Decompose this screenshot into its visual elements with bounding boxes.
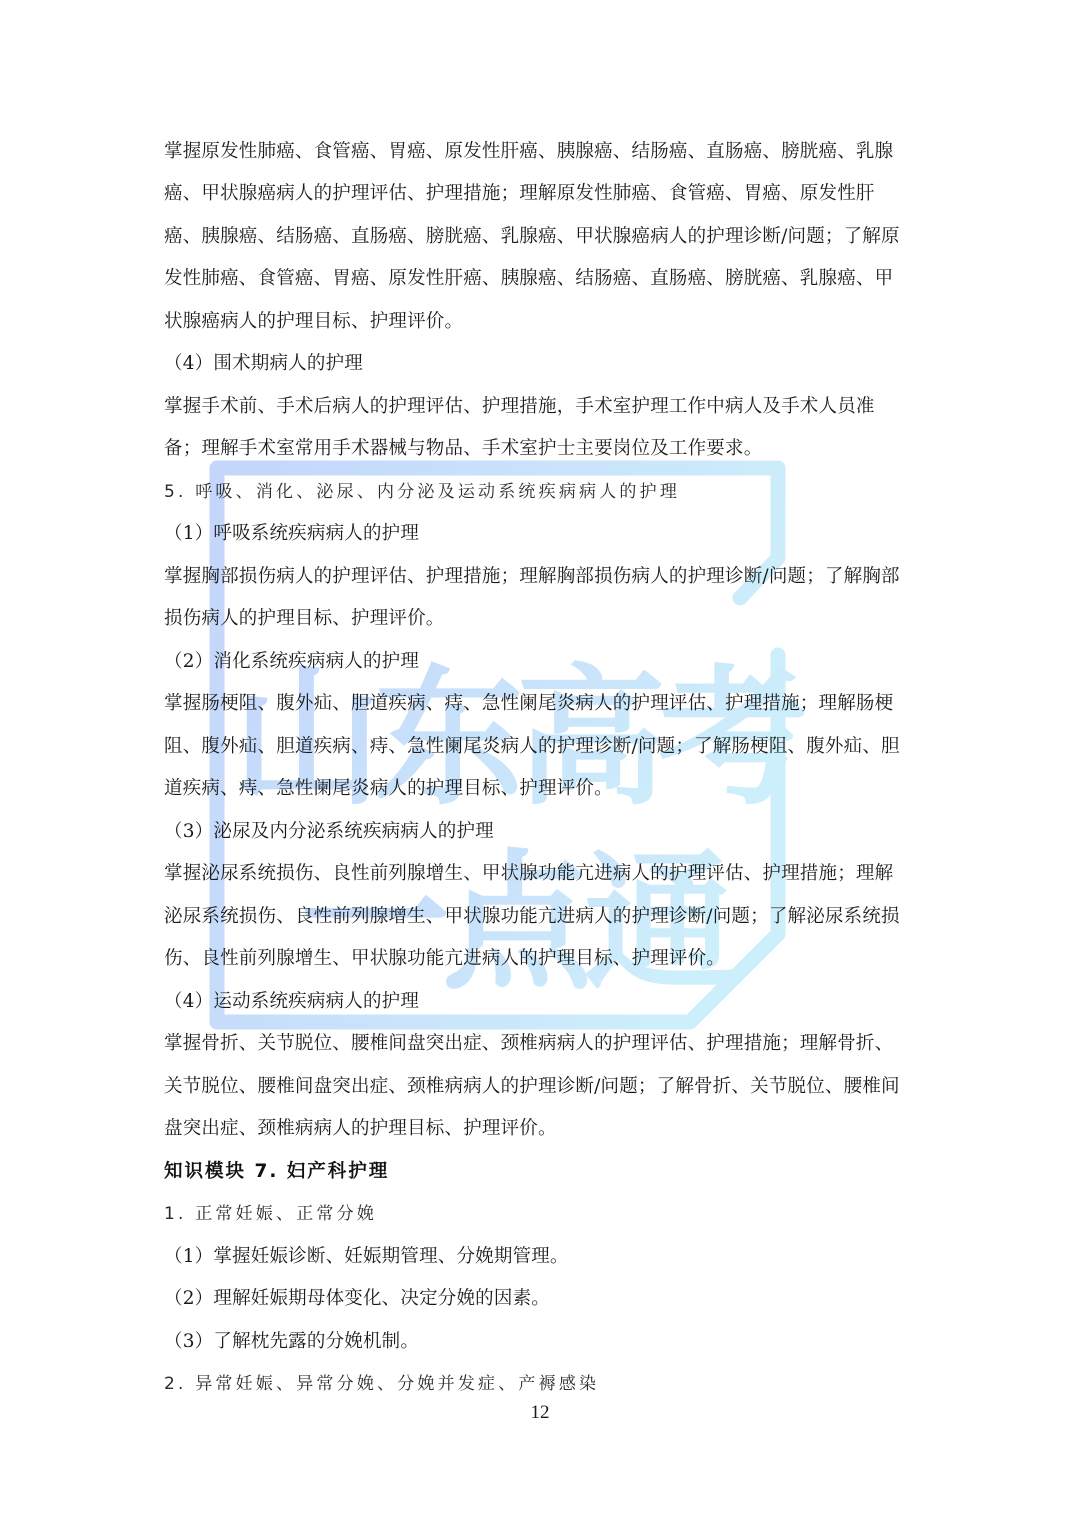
para-line: 阻、腹外疝、胆道疾病、痔、急性阑尾炎病人的护理诊断/问题；了解肠梗阻、腹外疝、胆: [164, 735, 900, 759]
para-line: 癌、胰腺癌、结肠癌、直肠癌、膀胱癌、乳腺癌、甲状腺癌病人的护理诊断/问题；了解原: [164, 225, 900, 249]
subheading: （2）理解妊娠期母体变化、决定分娩的因素。: [164, 1287, 550, 1311]
para-line: 掌握胸部损伤病人的护理评估、护理措施；理解胸部损伤病人的护理诊断/问题；了解胸部: [164, 565, 900, 589]
para-line: 道疾病、痔、急性阑尾炎病人的护理目标、护理评价。: [164, 777, 613, 801]
para-line: 泌尿系统损伤、良性前列腺增生、甲状腺功能亢进病人的护理诊断/问题；了解泌尿系统损: [164, 905, 900, 929]
para-line: 掌握手术前、手术后病人的护理评估、护理措施，手术室护理工作中病人及手术人员准: [164, 395, 875, 419]
para-line: 伤、良性前列腺增生、甲状腺功能亢进病人的护理目标、护理评价。: [164, 947, 725, 971]
para-line: 状腺癌病人的护理目标、护理评价。: [164, 310, 463, 334]
para-line: 癌、甲状腺癌病人的护理评估、护理措施；理解原发性肺癌、食管癌、胃癌、原发性肝: [164, 182, 875, 206]
para-line: 掌握骨折、关节脱位、腰椎间盘突出症、颈椎病病人的护理评估、护理措施；理解骨折、: [164, 1032, 893, 1056]
document-page: 掌握原发性肺癌、食管癌、胃癌、原发性肝癌、胰腺癌、结肠癌、直肠癌、膀胱癌、乳腺 …: [0, 0, 1080, 1527]
para-line: 掌握原发性肺癌、食管癌、胃癌、原发性肝癌、胰腺癌、结肠癌、直肠癌、膀胱癌、乳腺: [164, 140, 893, 164]
para-line: 掌握泌尿系统损伤、良性前列腺增生、甲状腺功能亢进病人的护理评估、护理措施；理解: [164, 862, 893, 886]
subheading: （1）掌握妊娠诊断、妊娠期管理、分娩期管理。: [164, 1245, 569, 1269]
subheading: （2）消化系统疾病病人的护理: [164, 650, 419, 674]
subheading: （3）了解枕先露的分娩机制。: [164, 1330, 419, 1354]
section-heading: 5. 呼吸、消化、泌尿、内分泌及运动系统疾病病人的护理: [164, 480, 680, 504]
module-heading: 知识模块 7. 妇产科护理: [164, 1160, 389, 1184]
para-line: 损伤病人的护理目标、护理评价。: [164, 607, 445, 631]
para-line: 关节脱位、腰椎间盘突出症、颈椎病病人的护理诊断/问题；了解骨折、关节脱位、腰椎间: [164, 1075, 900, 1099]
subheading: （1）呼吸系统疾病病人的护理: [164, 522, 419, 546]
section-heading: 1. 正常妊娠、正常分娩: [164, 1202, 377, 1226]
para-line: 备；理解手术室常用手术器械与物品、手术室护士主要岗位及工作要求。: [164, 437, 762, 461]
subheading: （4）围术期病人的护理: [164, 352, 363, 376]
para-line: 盘突出症、颈椎病病人的护理目标、护理评价。: [164, 1117, 557, 1141]
section-heading: 2. 异常妊娠、异常分娩、分娩并发症、产褥感染: [164, 1372, 599, 1396]
subheading: （3）泌尿及内分泌系统疾病病人的护理: [164, 820, 494, 844]
subheading: （4）运动系统疾病病人的护理: [164, 990, 419, 1014]
page-number: 12: [0, 1402, 1080, 1424]
para-line: 掌握肠梗阻、腹外疝、胆道疾病、痔、急性阑尾炎病人的护理评估、护理措施；理解肠梗: [164, 692, 893, 716]
para-line: 发性肺癌、食管癌、胃癌、原发性肝癌、胰腺癌、结肠癌、直肠癌、膀胱癌、乳腺癌、甲: [164, 267, 893, 291]
